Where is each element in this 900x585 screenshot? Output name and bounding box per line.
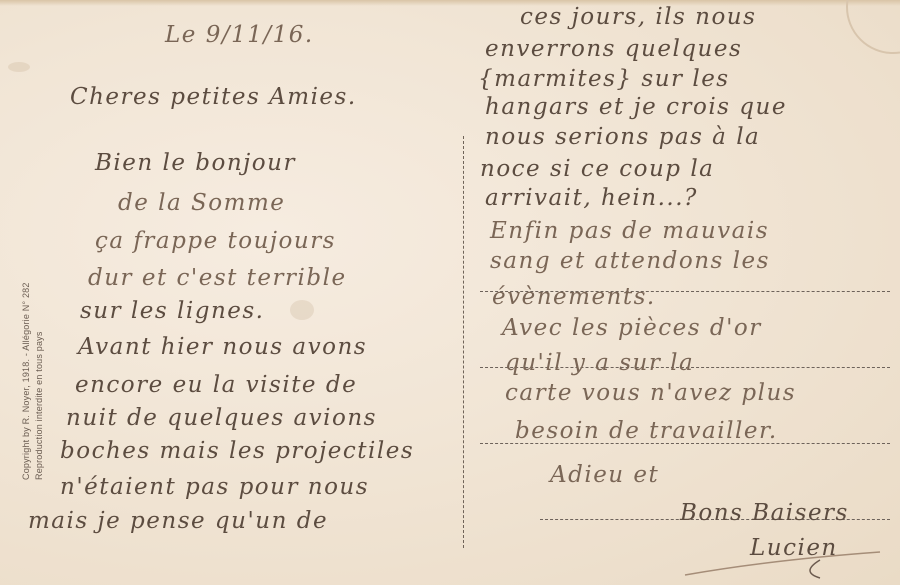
card-corner-wear bbox=[846, 0, 900, 54]
message-line: noce si ce coup la bbox=[480, 156, 714, 182]
message-line: qu'il y a sur la bbox=[505, 350, 694, 376]
message-line: hangars et je crois que bbox=[485, 94, 787, 120]
message-line: Bien le bonjour bbox=[95, 150, 296, 176]
message-line: Avant hier nous avons bbox=[78, 334, 367, 360]
message-line: nous serions pas à la bbox=[485, 124, 760, 150]
message-line: Enfin pas de mauvais bbox=[490, 218, 769, 244]
card-top-edge bbox=[0, 0, 900, 6]
paper-stain bbox=[8, 62, 30, 72]
message-line: dur et c'est terrible bbox=[88, 265, 347, 291]
date: Le 9/11/16. bbox=[165, 22, 314, 48]
message-line: encore eu la visite de bbox=[75, 372, 357, 398]
imprint-line-1: Copyright by R. Noyer, 1918. - Allégorie… bbox=[20, 282, 33, 480]
message-line: ces jours, ils nous bbox=[520, 4, 756, 30]
message-line: nuit de quelques avions bbox=[66, 405, 377, 431]
imprint-line-2: Reproduction interdite en tous pays bbox=[33, 282, 46, 480]
postcard-back: Copyright by R. Noyer, 1918. - Allégorie… bbox=[0, 0, 900, 585]
message-line: de la Somme bbox=[118, 190, 285, 216]
message-line: mais je pense qu'un de bbox=[28, 508, 328, 534]
message-line: ça frappe toujours bbox=[95, 228, 336, 254]
center-divider bbox=[463, 136, 464, 548]
message-line: enverrons quelques bbox=[485, 36, 742, 62]
message-line: sur les lignes. bbox=[80, 298, 264, 324]
message-line: {marmites} sur les bbox=[478, 66, 730, 92]
message-line: évènements. bbox=[492, 284, 656, 310]
paper-stain bbox=[290, 300, 314, 320]
copyright-imprint: Copyright by R. Noyer, 1918. - Allégorie… bbox=[20, 282, 46, 480]
message-line: sang et attendons les bbox=[490, 248, 770, 274]
message-line: Avec les pièces d'or bbox=[502, 315, 762, 341]
message-line: carte vous n'avez plus bbox=[505, 380, 796, 406]
message-line: arrivait, hein...? bbox=[485, 185, 698, 211]
signature-flourish bbox=[680, 540, 890, 580]
closing-adieu: Adieu et bbox=[550, 462, 659, 488]
salutation: Cheres petites Amies. bbox=[70, 84, 357, 110]
message-line: n'étaient pas pour nous bbox=[60, 474, 369, 500]
message-line: besoin de travailler. bbox=[515, 418, 778, 444]
closing-kisses: Bons Baisers bbox=[680, 500, 849, 526]
message-line: boches mais les projectiles bbox=[60, 438, 414, 464]
